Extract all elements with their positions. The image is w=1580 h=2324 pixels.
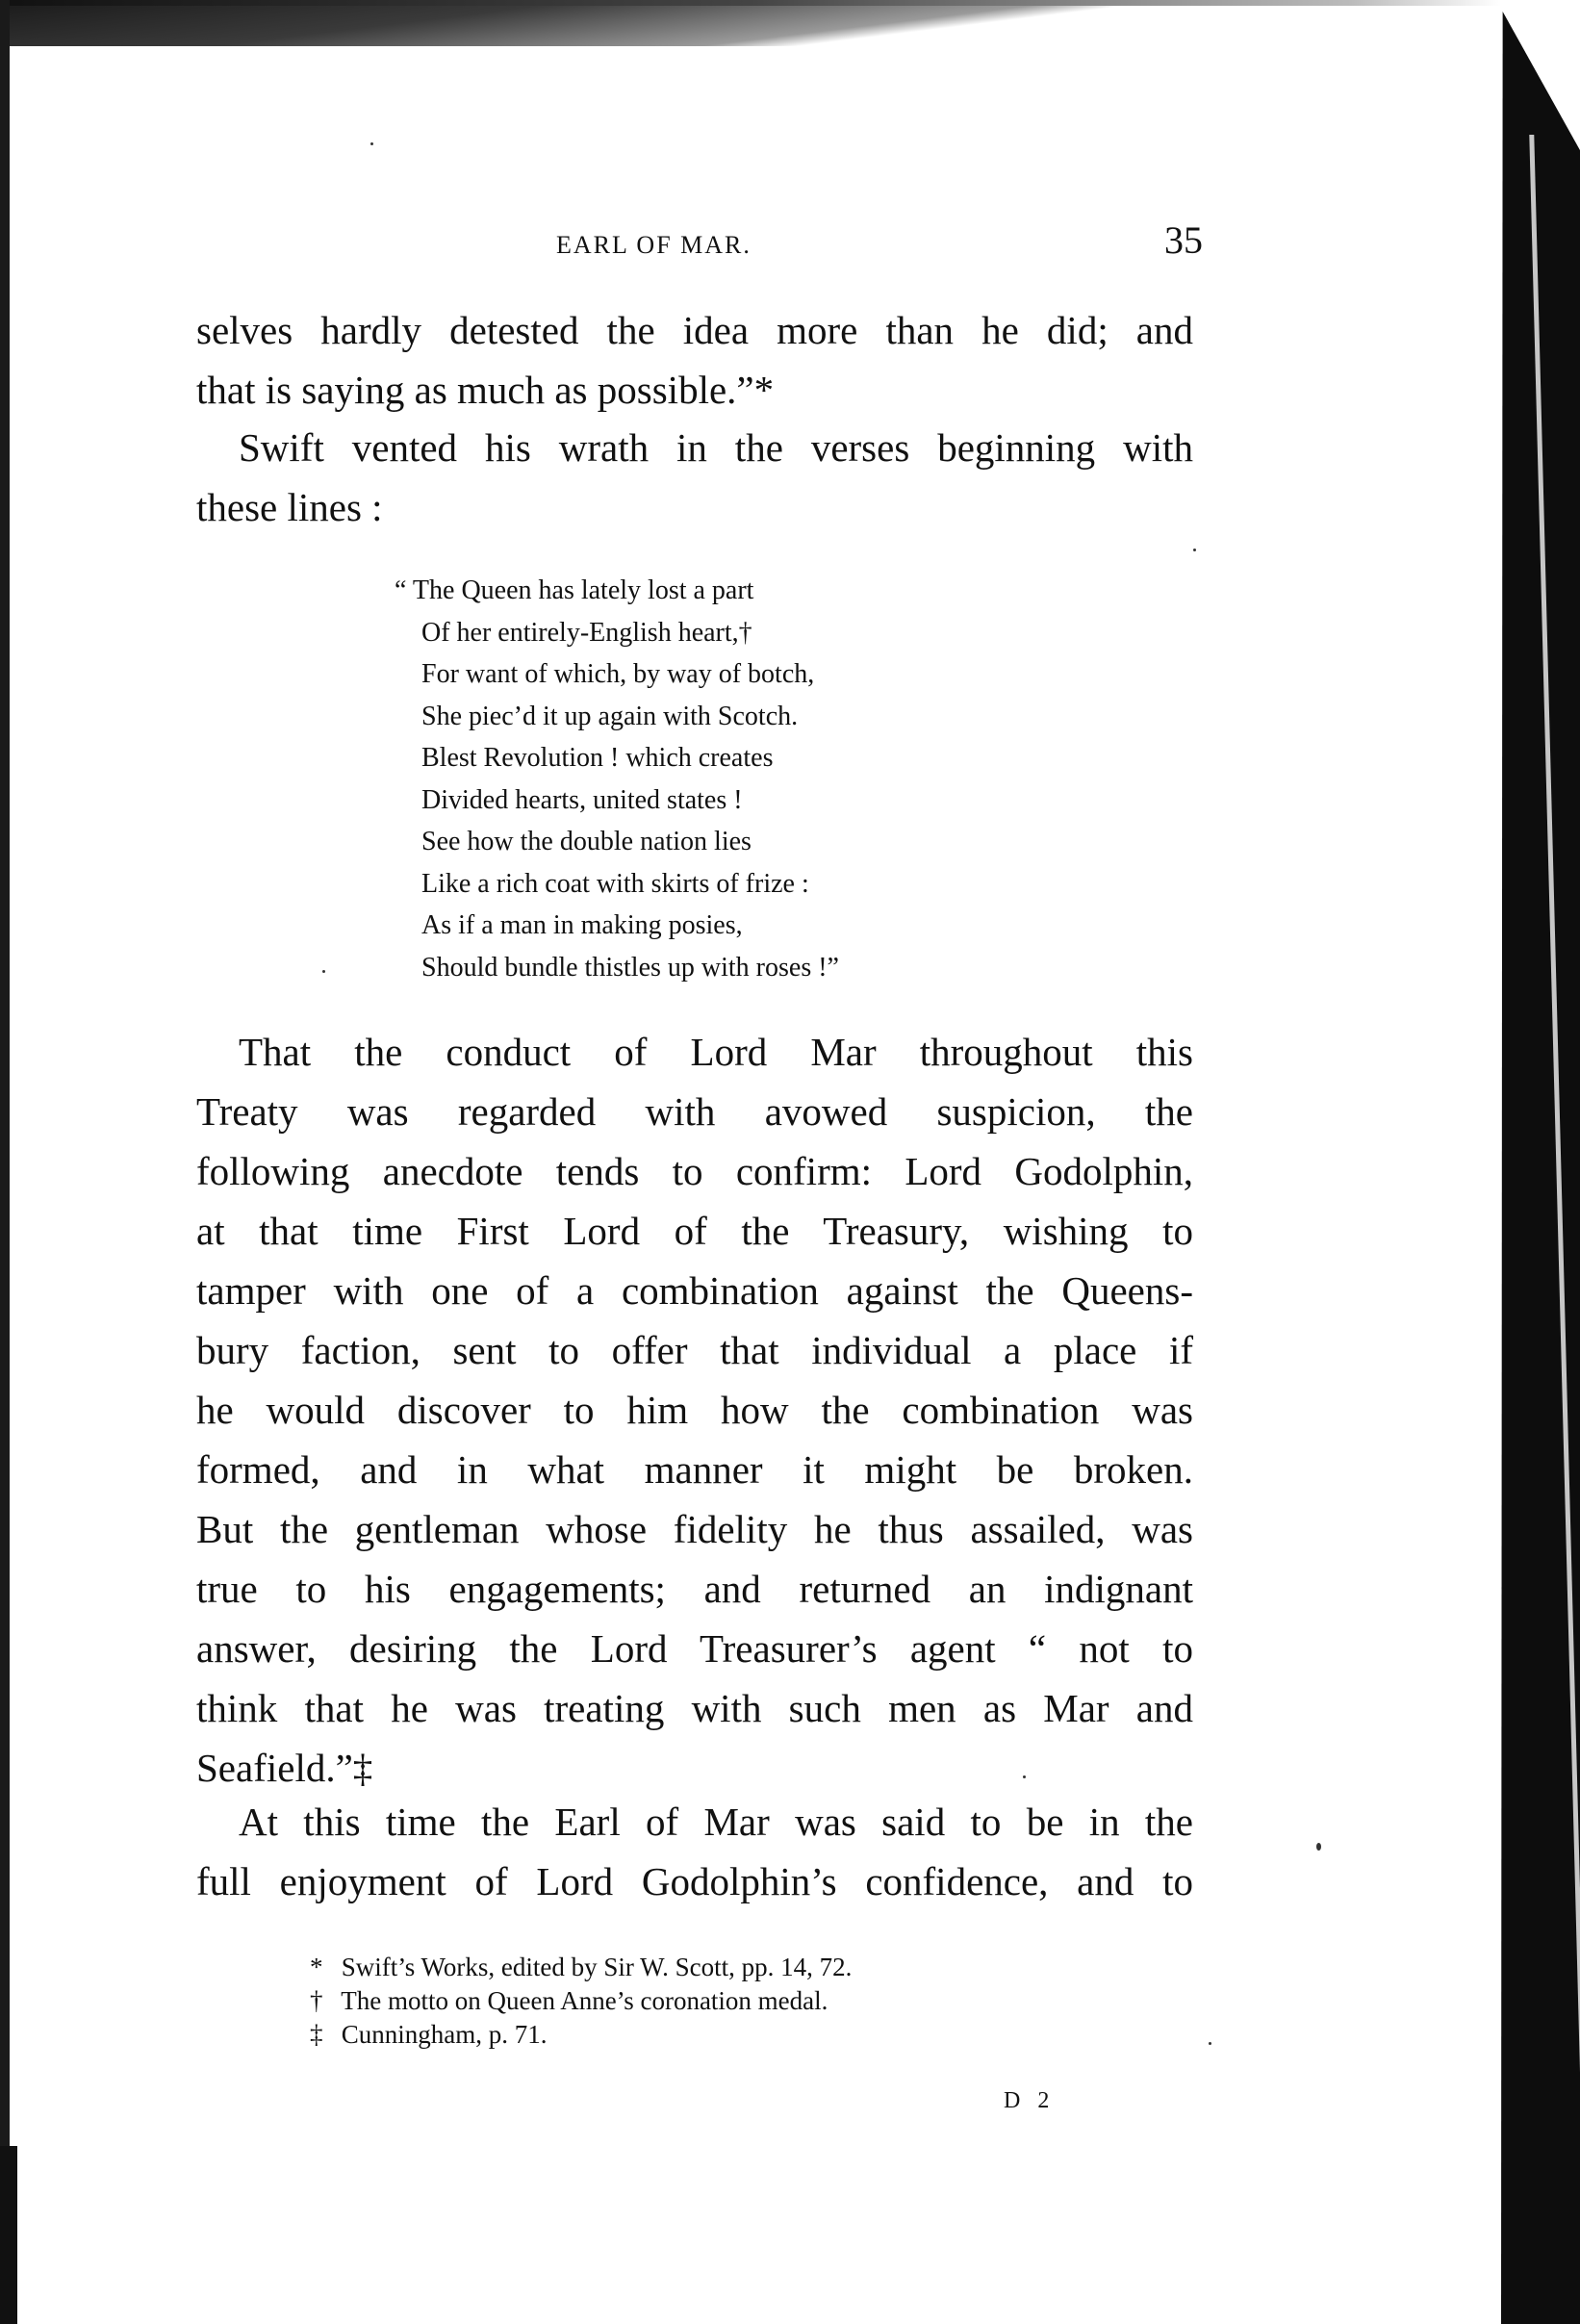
footnote: ‡ Cunningham, p. 71. (310, 2018, 852, 2052)
text-line: Swift vented his wrath in the verses beg… (196, 418, 1193, 477)
verse-line: See how the double nation lies (395, 821, 839, 863)
footnote-mark: ‡ (310, 2018, 335, 2052)
verse-line: For want of which, by way of botch, (395, 653, 839, 696)
text-line: tamper with one of a combination against… (196, 1261, 1193, 1320)
scan-speck (1209, 2042, 1211, 2045)
scan-speck (322, 970, 325, 973)
text-line: true to his engagements; and returned an… (196, 1559, 1193, 1619)
page-number: 35 (1164, 217, 1203, 263)
text-line: he would discover to him how the combina… (196, 1380, 1193, 1440)
text-line: bury faction, sent to offer that individ… (196, 1320, 1193, 1380)
verse-line: “ The Queen has lately lost a part (395, 570, 839, 612)
verse-line: Should bundle thistles up with roses !” (395, 947, 839, 989)
signature-mark: D 2 (1004, 2088, 1055, 2114)
text-line: selves hardly detested the idea more tha… (196, 300, 1193, 360)
paragraph-godolphin-anecdote: That the conduct of Lord Mar throughout … (196, 1022, 1193, 1798)
footnotes: * Swift’s Works, edited by Sir W. Scott,… (310, 1951, 852, 2052)
text-line: At this time the Earl of Mar was said to… (196, 1792, 1193, 1852)
footnote-text: The motto on Queen Anne’s coronation med… (341, 1986, 828, 2015)
verse-line: Blest Revolution ! which creates (395, 737, 839, 779)
footnote: † The motto on Queen Anne’s coronation m… (310, 1984, 852, 2018)
verse-line: Like a rich coat with skirts of frize : (395, 863, 839, 906)
footnote-text: Cunningham, p. 71. (342, 2020, 548, 2049)
scan-left-edge (0, 0, 10, 2324)
scan-top-shadow (0, 0, 1580, 46)
paragraph-swift-verses-intro: Swift vented his wrath in the verses beg… (196, 418, 1193, 537)
text-line: Seafield.”‡ (196, 1738, 1193, 1798)
verse-line: She piec’d it up again with Scotch. (395, 696, 839, 738)
scan-left-edge-bottom (0, 2146, 17, 2324)
text-line: that is saying as much as possible.”* (196, 360, 1193, 420)
paragraph-earl-confidence: At this time the Earl of Mar was said to… (196, 1792, 1193, 1911)
scan-speck (370, 142, 373, 145)
footnote: * Swift’s Works, edited by Sir W. Scott,… (310, 1951, 852, 1984)
verse-line: As if a man in making posies, (395, 905, 839, 947)
running-head-title: EARL OF MAR. (556, 231, 752, 260)
text-line: That the conduct of Lord Mar throughout … (196, 1022, 1193, 1082)
text-line: full enjoyment of Lord Godolphin’s confi… (196, 1852, 1193, 1911)
scan-speck (1023, 1775, 1026, 1778)
text-line: think that he was treating with such men… (196, 1678, 1193, 1738)
verse-line: Of her entirely-English heart,† (395, 612, 839, 654)
text-line: at that time First Lord of the Treasury,… (196, 1201, 1193, 1261)
scan-speck (1316, 1843, 1321, 1851)
verse-line: Divided hearts, united states ! (395, 779, 839, 822)
footnote-text: Swift’s Works, edited by Sir W. Scott, p… (342, 1953, 853, 1981)
text-line: following anecdote tends to confirm: Lor… (196, 1141, 1193, 1201)
footnote-mark: † (310, 1984, 335, 2018)
scan-right-binding-shadow (1501, 12, 1580, 2324)
paragraph-continuation: selves hardly detested the idea more tha… (196, 300, 1193, 420)
text-line: formed, and in what manner it might be b… (196, 1440, 1193, 1499)
footnote-mark: * (310, 1951, 335, 1984)
text-line: But the gentleman whose fidelity he thus… (196, 1499, 1193, 1559)
book-page: EARL OF MAR. 35 selves hardly detested t… (0, 0, 1580, 2324)
text-line: Treaty was regarded with avowed suspicio… (196, 1082, 1193, 1141)
scan-speck (1193, 549, 1196, 551)
text-line: these lines : (196, 477, 1193, 537)
text-line: answer, desiring the Lord Treasurer’s ag… (196, 1619, 1193, 1678)
scan-top-edge (0, 0, 1501, 6)
verse-quotation: “ The Queen has lately lost a part Of he… (395, 570, 839, 988)
